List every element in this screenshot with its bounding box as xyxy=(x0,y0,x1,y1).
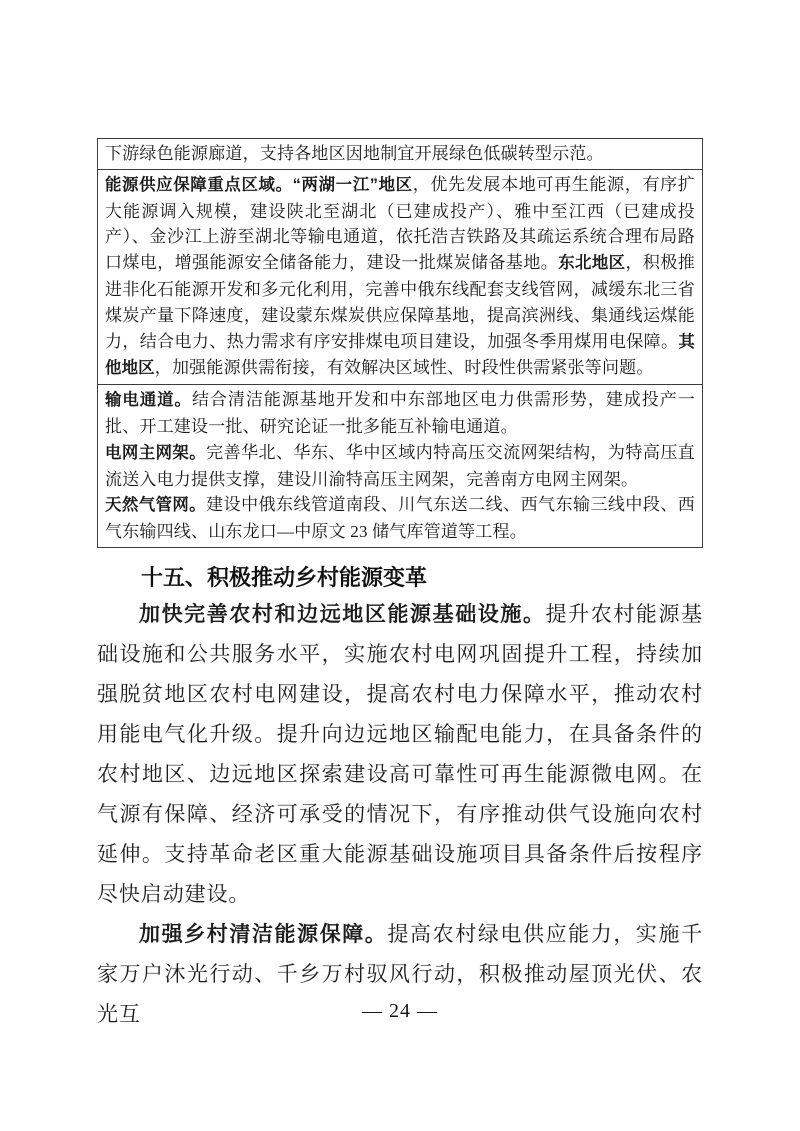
table-row-networks: 输电通道。结合清洁能源基地开发和中东部地区电力供需形势，建成投产一批、开工建设一… xyxy=(98,384,702,547)
transmission-channels-text: 结合清洁能源基地开发和中东部地区电力供需形势，建成投产一批、开工建设一批、研究论… xyxy=(105,390,695,436)
section-heading: 十五、积极推动乡村能源变革 xyxy=(97,562,703,594)
table-row-supply-regions: 能源供应保障重点区域。“两湖一江”地区，优先发展本地可再生能源，有序扩大能源调入… xyxy=(98,169,702,384)
row2-lead-supply-regions: 能源供应保障重点区域。“两湖一江”地区 xyxy=(105,176,413,194)
paragraph-transmission-channels: 输电通道。结合清洁能源基地开发和中东部地区电力供需形势，建成投产一批、开工建设一… xyxy=(105,387,695,440)
page-number: — 24 — xyxy=(0,1000,800,1023)
row2-text-5: ，加强能源供需衔接，有效解决区域性、时段性供需紧张等问题。 xyxy=(155,358,654,377)
paragraph-gas-pipeline: 天然气管网。建设中俄东线管道南段、川气东送二线、西气东输三线中段、西气东输四线、… xyxy=(105,492,695,545)
gas-pipeline-lead: 天然气管网。 xyxy=(105,496,206,514)
rural-infrastructure-text: 提升农村能源基础设施和公共服务水平，实施农村电网巩固提升工程，持续加强脱贫地区农… xyxy=(97,602,703,906)
grid-backbone-lead: 电网主网架。 xyxy=(105,444,206,462)
row1-text: 下游绿色能源廊道，支持各地区因地制宜开展绿色低碳转型示范。 xyxy=(105,144,604,163)
body-paragraph-rural-infrastructure: 加快完善农村和边远地区能源基础设施。提升农村能源基础设施和公共服务水平，实施农村… xyxy=(97,594,703,914)
row2-lead-northeast: 东北地区 xyxy=(558,254,625,272)
rural-clean-energy-lead: 加强乡村清洁能源保障。 xyxy=(139,922,387,946)
rural-infrastructure-lead: 加快完善农村和边远地区能源基础设施。 xyxy=(139,602,546,626)
document-page: 下游绿色能源廊道，支持各地区因地制宜开展绿色低碳转型示范。 能源供应保障重点区域… xyxy=(0,0,800,1131)
page-content: 下游绿色能源廊道，支持各地区因地制宜开展绿色低碳转型示范。 能源供应保障重点区域… xyxy=(97,138,703,1034)
table-row-green-corridor: 下游绿色能源廊道，支持各地区因地制宜开展绿色低碳转型示范。 xyxy=(98,139,702,169)
transmission-channels-lead: 输电通道。 xyxy=(105,391,192,409)
paragraph-grid-backbone: 电网主网架。完善华北、华东、华中区域内特高压交流网架结构，为特高压直流送入电力提… xyxy=(105,440,695,493)
key-tasks-table: 下游绿色能源廊道，支持各地区因地制宜开展绿色低碳转型示范。 能源供应保障重点区域… xyxy=(97,138,703,548)
